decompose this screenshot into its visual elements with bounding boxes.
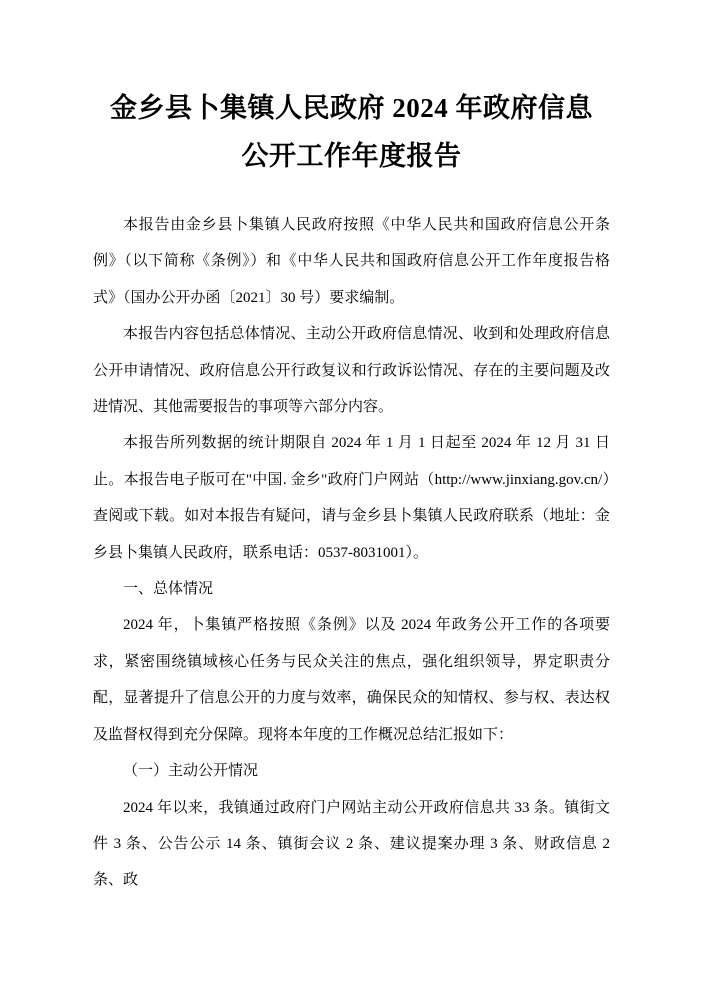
paragraph-proactive-disclosure-stats: 2024 年以来，我镇通过政府门户网站主动公开政府信息共 33 条。镇街文件 3… [93,790,610,899]
section-heading-overall-situation: 一、总体情况 [93,571,610,607]
document-body: 本报告由金乡县卜集镇人民政府按照《中华人民共和国政府信息公开条例》（以下简称《条… [93,207,610,899]
section-heading-proactive-disclosure: （一）主动公开情况 [93,753,610,789]
document-page: 金乡县卜集镇人民政府 2024 年政府信息 公开工作年度报告 本报告由金乡县卜集… [0,0,707,999]
paragraph-report-contents: 本报告内容包括总体情况、主动公开政府信息情况、收到和处理政府信息公开申请情况、政… [93,316,610,425]
paragraph-overall-summary: 2024 年，卜集镇严格按照《条例》以及 2024 年政务公开工作的各项要求，紧… [93,607,610,753]
document-title-line-1: 金乡县卜集镇人民政府 2024 年政府信息 [93,84,610,132]
document-title-line-2: 公开工作年度报告 [93,132,610,180]
paragraph-report-basis: 本报告由金乡县卜集镇人民政府按照《中华人民共和国政府信息公开条例》（以下简称《条… [93,207,610,316]
paragraph-statistics-period-contact: 本报告所列数据的统计期限自 2024 年 1 月 1 日起至 2024 年 12… [93,425,610,571]
document-title: 金乡县卜集镇人民政府 2024 年政府信息 公开工作年度报告 [93,84,610,180]
